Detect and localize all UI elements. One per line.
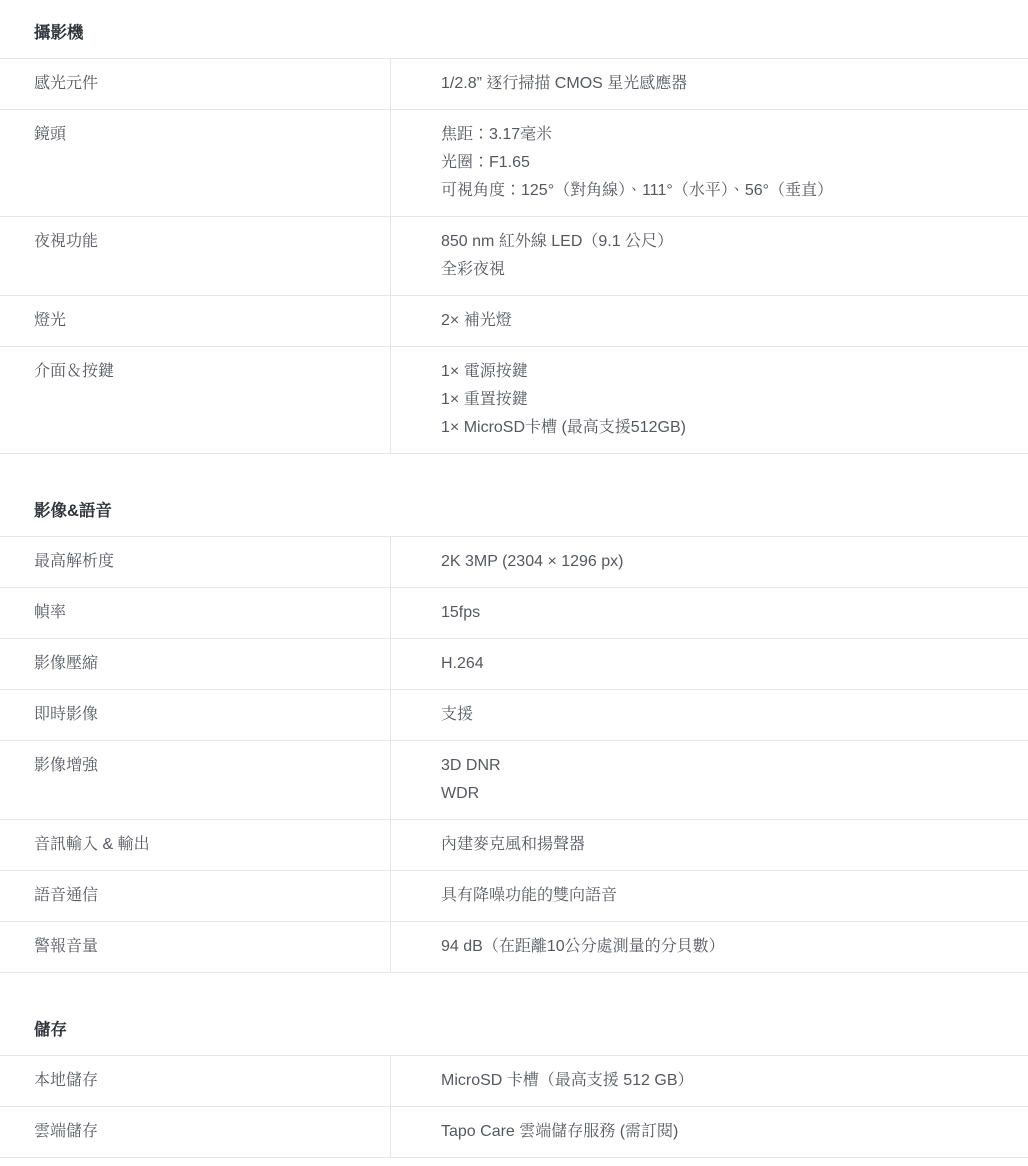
spec-value-line: 具有降噪功能的雙向語音 — [441, 882, 1004, 910]
spec-value-line: 1× 電源按鍵 — [441, 358, 1004, 386]
spec-value: 3D DNRWDR — [390, 741, 1028, 819]
spec-row: 幀率 15fps — [0, 587, 1028, 638]
spec-page: 攝影機 感光元件 1/2.8” 逐行掃描 CMOS 星光感應器 鏡頭 焦距：3.… — [0, 0, 1028, 1158]
spec-value: Tapo Care 雲端儲存服務 (需訂閱) — [390, 1107, 1028, 1157]
spec-value-line: 光圈：F1.65 — [441, 149, 1004, 177]
spec-table: 最高解析度 2K 3MP (2304 × 1296 px) 幀率 15fps 影… — [0, 536, 1028, 973]
spec-row: 本地儲存 MicroSD 卡槽（最高支援 512 GB） — [0, 1055, 1028, 1106]
spec-value-line: 3D DNR — [441, 752, 1004, 780]
spec-value-line: 支援 — [441, 701, 1004, 729]
spec-label: 介面＆按鍵 — [0, 347, 390, 453]
spec-section-3: 儲存 本地儲存 MicroSD 卡槽（最高支援 512 GB） 雲端儲存 Tap… — [0, 973, 1028, 1158]
spec-sections: 攝影機 感光元件 1/2.8” 逐行掃描 CMOS 星光感應器 鏡頭 焦距：3.… — [0, 0, 1028, 1158]
spec-value: 1× 電源按鍵1× 重置按鍵1× MicroSD卡槽 (最高支援512GB) — [390, 347, 1028, 453]
spec-value-line: 850 nm 紅外線 LED（9.1 公尺） — [441, 228, 1004, 256]
spec-label: 影像壓縮 — [0, 639, 390, 689]
spec-label: 感光元件 — [0, 59, 390, 109]
spec-label: 語音通信 — [0, 871, 390, 921]
spec-label: 音訊輸入 & 輸出 — [0, 820, 390, 870]
spec-section-2: 影像&語音 最高解析度 2K 3MP (2304 × 1296 px) 幀率 1… — [0, 454, 1028, 973]
spec-value-line: 15fps — [441, 599, 1004, 627]
spec-label: 影像增強 — [0, 741, 390, 819]
spec-label: 雲端儲存 — [0, 1107, 390, 1157]
spec-value: 2K 3MP (2304 × 1296 px) — [390, 537, 1028, 587]
spec-row: 語音通信 具有降噪功能的雙向語音 — [0, 870, 1028, 921]
spec-value: MicroSD 卡槽（最高支援 512 GB） — [390, 1056, 1028, 1106]
spec-label: 幀率 — [0, 588, 390, 638]
spec-row: 感光元件 1/2.8” 逐行掃描 CMOS 星光感應器 — [0, 58, 1028, 109]
spec-value: 具有降噪功能的雙向語音 — [390, 871, 1028, 921]
spec-value: 15fps — [390, 588, 1028, 638]
spec-row: 介面＆按鍵 1× 電源按鍵1× 重置按鍵1× MicroSD卡槽 (最高支援51… — [0, 346, 1028, 453]
section-title: 攝影機 — [34, 22, 1028, 44]
spec-row: 警報音量 94 dB（在距離10公分處測量的分貝數） — [0, 921, 1028, 972]
spec-value-line: 內建麥克風和揚聲器 — [441, 831, 1004, 859]
spec-row: 影像增強 3D DNRWDR — [0, 740, 1028, 819]
spec-row: 最高解析度 2K 3MP (2304 × 1296 px) — [0, 536, 1028, 587]
spec-value-line: 全彩夜視 — [441, 256, 1004, 284]
spec-value: 支援 — [390, 690, 1028, 740]
spec-table: 本地儲存 MicroSD 卡槽（最高支援 512 GB） 雲端儲存 Tapo C… — [0, 1055, 1028, 1158]
spec-value-line: H.264 — [441, 650, 1004, 678]
spec-value-line: 1× MicroSD卡槽 (最高支援512GB) — [441, 414, 1004, 442]
spec-table: 感光元件 1/2.8” 逐行掃描 CMOS 星光感應器 鏡頭 焦距：3.17毫米… — [0, 58, 1028, 454]
spec-row: 燈光 2× 補光燈 — [0, 295, 1028, 346]
spec-value: 焦距：3.17毫米光圈：F1.65可視角度：125°（對角線）、111°（水平）… — [390, 110, 1028, 216]
spec-value: 內建麥克風和揚聲器 — [390, 820, 1028, 870]
spec-row: 夜視功能 850 nm 紅外線 LED（9.1 公尺）全彩夜視 — [0, 216, 1028, 295]
spec-value: H.264 — [390, 639, 1028, 689]
spec-section-1: 攝影機 感光元件 1/2.8” 逐行掃描 CMOS 星光感應器 鏡頭 焦距：3.… — [0, 0, 1028, 454]
spec-row: 影像壓縮 H.264 — [0, 638, 1028, 689]
spec-value-line: 94 dB（在距離10公分處測量的分貝數） — [441, 933, 1004, 961]
spec-label: 最高解析度 — [0, 537, 390, 587]
spec-row: 雲端儲存 Tapo Care 雲端儲存服務 (需訂閱) — [0, 1106, 1028, 1157]
spec-label: 燈光 — [0, 296, 390, 346]
spec-value-line: 2K 3MP (2304 × 1296 px) — [441, 548, 1004, 576]
spec-value: 94 dB（在距離10公分處測量的分貝數） — [390, 922, 1028, 972]
section-title: 影像&語音 — [34, 500, 1028, 522]
spec-value: 1/2.8” 逐行掃描 CMOS 星光感應器 — [390, 59, 1028, 109]
spec-label: 夜視功能 — [0, 217, 390, 295]
spec-row: 鏡頭 焦距：3.17毫米光圈：F1.65可視角度：125°（對角線）、111°（… — [0, 109, 1028, 216]
spec-label: 警報音量 — [0, 922, 390, 972]
spec-value-line: MicroSD 卡槽（最高支援 512 GB） — [441, 1067, 1004, 1095]
spec-label: 即時影像 — [0, 690, 390, 740]
spec-value-line: 1× 重置按鍵 — [441, 386, 1004, 414]
spec-value-line: Tapo Care 雲端儲存服務 (需訂閱) — [441, 1118, 1004, 1146]
spec-label: 鏡頭 — [0, 110, 390, 216]
spec-value: 2× 補光燈 — [390, 296, 1028, 346]
spec-value-line: 1/2.8” 逐行掃描 CMOS 星光感應器 — [441, 70, 1004, 98]
spec-value-line: 可視角度：125°（對角線）、111°（水平）、56°（垂直） — [441, 177, 1004, 205]
spec-row: 音訊輸入 & 輸出 內建麥克風和揚聲器 — [0, 819, 1028, 870]
section-title: 儲存 — [34, 1019, 1028, 1041]
spec-row: 即時影像 支援 — [0, 689, 1028, 740]
spec-value-line: WDR — [441, 780, 1004, 808]
spec-value-line: 2× 補光燈 — [441, 307, 1004, 335]
spec-value-line: 焦距：3.17毫米 — [441, 121, 1004, 149]
spec-label: 本地儲存 — [0, 1056, 390, 1106]
spec-value: 850 nm 紅外線 LED（9.1 公尺）全彩夜視 — [390, 217, 1028, 295]
